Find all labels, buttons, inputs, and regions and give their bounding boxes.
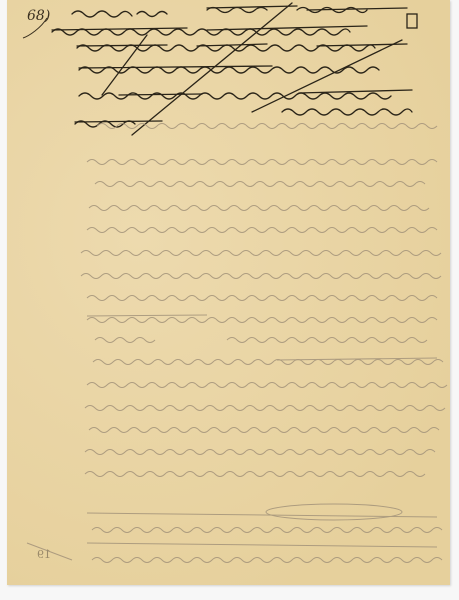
handwriting-strokes xyxy=(7,0,450,585)
margin-page-mark: 19 xyxy=(37,548,51,561)
manuscript-page: 68) xyxy=(7,0,450,585)
